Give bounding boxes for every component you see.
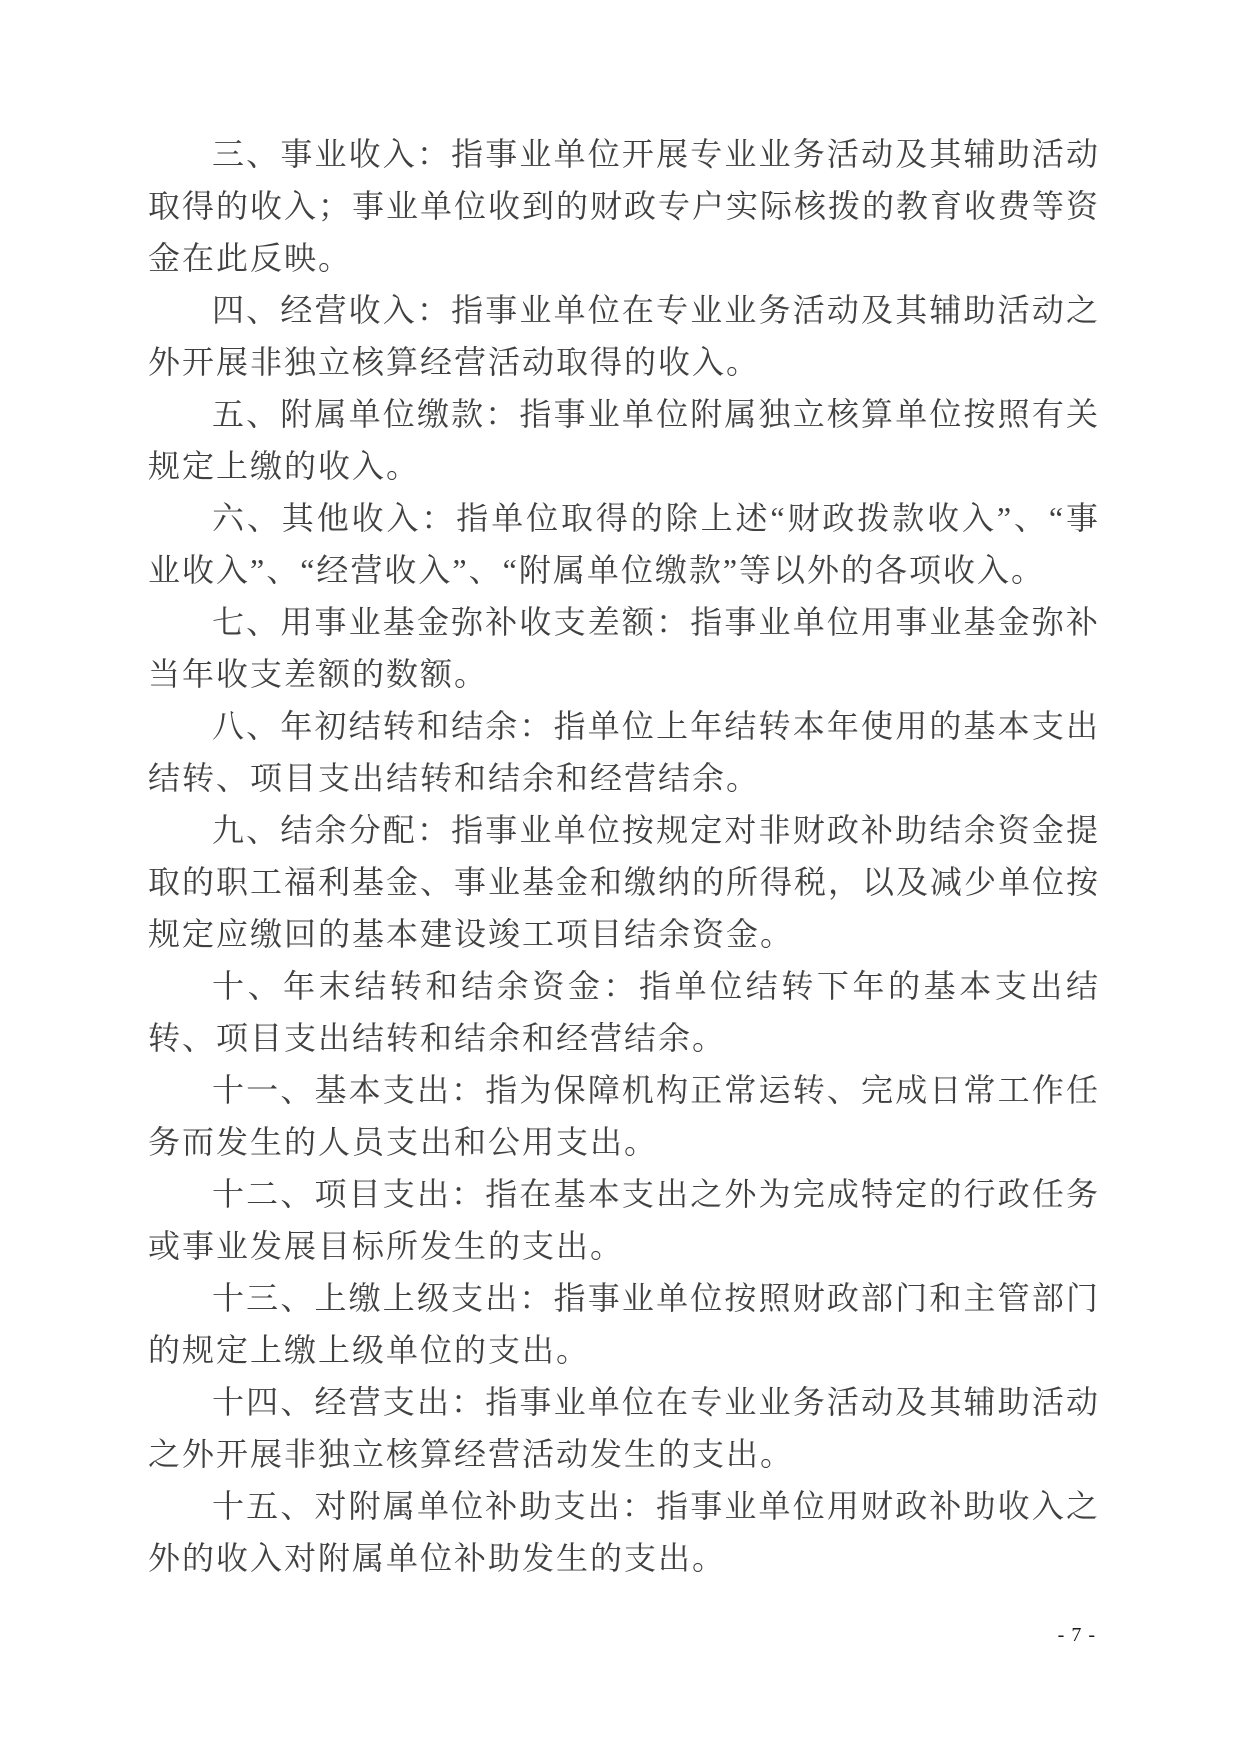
document-page: 三、事业收入：指事业单位开展专业业务活动及其辅助活动取得的收入；事业单位收到的财…	[0, 0, 1240, 1754]
paragraph: 九、结余分配：指事业单位按规定对非财政补助结余资金提取的职工福利基金、事业基金和…	[148, 804, 1100, 960]
paragraph: 十一、基本支出：指为保障机构正常运转、完成日常工作任务而发生的人员支出和公用支出…	[148, 1064, 1100, 1168]
paragraph: 六、其他收入：指单位取得的除上述“财政拨款收入”、“事业收入”、“经营收入”、“…	[148, 492, 1100, 596]
paragraph: 五、附属单位缴款：指事业单位附属独立核算单位按照有关规定上缴的收入。	[148, 388, 1100, 492]
paragraph: 十三、上缴上级支出：指事业单位按照财政部门和主管部门的规定上缴上级单位的支出。	[148, 1272, 1100, 1376]
paragraph: 四、经营收入：指事业单位在专业业务活动及其辅助活动之外开展非独立核算经营活动取得…	[148, 284, 1100, 388]
paragraph: 七、用事业基金弥补收支差额：指事业单位用事业基金弥补当年收支差额的数额。	[148, 596, 1100, 700]
body-text: 三、事业收入：指事业单位开展专业业务活动及其辅助活动取得的收入；事业单位收到的财…	[148, 128, 1100, 1584]
paragraph: 三、事业收入：指事业单位开展专业业务活动及其辅助活动取得的收入；事业单位收到的财…	[148, 128, 1100, 284]
paragraph: 十二、项目支出：指在基本支出之外为完成特定的行政任务或事业发展目标所发生的支出。	[148, 1168, 1100, 1272]
page-number: - 7 -	[148, 1624, 1100, 1647]
paragraph: 八、年初结转和结余：指单位上年结转本年使用的基本支出结转、项目支出结转和结余和经…	[148, 700, 1100, 804]
paragraph: 十五、对附属单位补助支出：指事业单位用财政补助收入之外的收入对附属单位补助发生的…	[148, 1480, 1100, 1584]
paragraph: 十四、经营支出：指事业单位在专业业务活动及其辅助活动之外开展非独立核算经营活动发…	[148, 1376, 1100, 1480]
paragraph: 十、年末结转和结余资金：指单位结转下年的基本支出结转、项目支出结转和结余和经营结…	[148, 960, 1100, 1064]
